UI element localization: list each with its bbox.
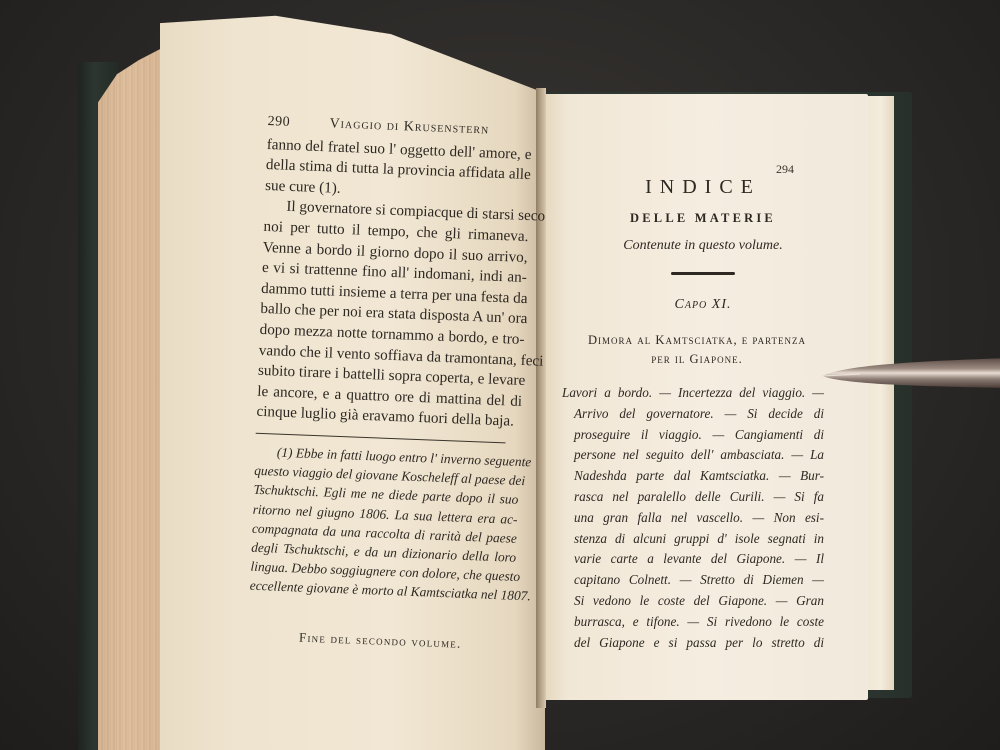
page-block-edge	[98, 46, 166, 750]
photo-scene: 290 Viaggio di Krusenstern fanno del fra…	[0, 0, 1000, 750]
contents-line: Arrivo del governatore. — Si decide di	[562, 404, 824, 425]
left-page-text: 290 Viaggio di Krusenstern fanno del fra…	[247, 112, 532, 656]
left-page-number: 290	[267, 112, 330, 135]
contents-line: del Giapone e si passa per lo stretto di	[562, 633, 824, 654]
chapter-number: Capo XI.	[588, 297, 818, 313]
footnote-rule	[256, 433, 506, 444]
ornament-rule-icon	[671, 272, 735, 275]
contents-line: una gran falla nel vascello. — Non esi-	[562, 508, 824, 529]
chapter-contents: Lavori a bordo. — Incertezza del viaggio…	[562, 383, 824, 653]
index-title: INDICE	[588, 176, 818, 199]
footnote: (1) Ebbe in fatti luogo entro l' inverno…	[249, 442, 520, 606]
book-gutter	[536, 88, 546, 708]
index-subtitle: DELLE MATERIE	[588, 211, 818, 226]
right-page-text: INDICE DELLE MATERIE Contenute in questo…	[568, 158, 818, 653]
contents-line: persone nel seguito dell' ambasciata. — …	[562, 445, 824, 466]
contents-line: stenza di alcuni gruppi d' isole segnati…	[562, 529, 824, 550]
contents-line: capitano Colnett. — Stretto di Diemen —	[562, 570, 824, 591]
pen-pointer-icon	[820, 354, 1000, 392]
contents-line: burrasca, e tifone. — Si rivedono le cos…	[562, 612, 824, 633]
index-italic-subtitle: Contenute in questo volume.	[588, 238, 818, 254]
contents-line: varie carte a levante del Giapone. — Il	[562, 549, 824, 570]
chapter-title: Dimora al Kamtsciatka, e partenza per il…	[576, 331, 818, 369]
contents-line: Si vedono le coste del Giapone. — Gran	[562, 591, 824, 612]
contents-line: rasca nel paralello delle Curili. — Si f…	[562, 487, 824, 508]
chapter-title-line: per il Giapone.	[576, 350, 818, 369]
contents-line: proseguire il viaggio. — Cangiamenti di	[562, 425, 824, 446]
body-text: fanno del fratel suo l' oggetto dell' am…	[256, 135, 532, 433]
contents-line: Nadeshda parte dal Kamtsciatka. — Bur-	[562, 466, 824, 487]
chapter-title-line: Dimora al Kamtsciatka, e partenza	[576, 331, 818, 350]
contents-line: Lavori a bordo. — Incertezza del viaggio…	[562, 383, 824, 404]
